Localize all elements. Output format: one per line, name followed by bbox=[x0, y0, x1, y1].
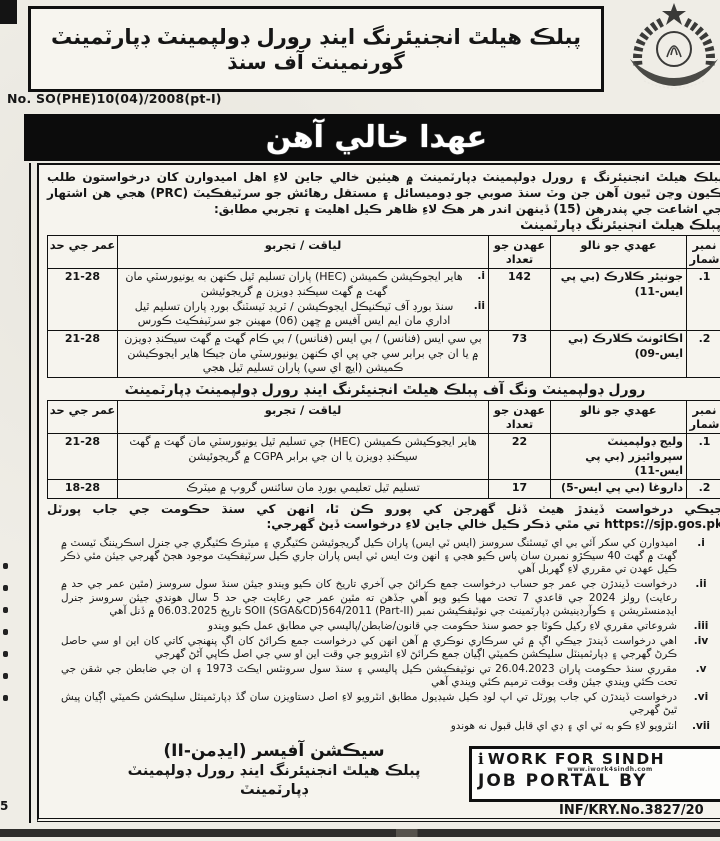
notes-list: i. اميدوارن کي سکر آئي بي اي ٽيسٽنگ سروس… bbox=[47, 537, 720, 733]
information-department-text: INFORMATION DEPARTMENT bbox=[478, 798, 655, 802]
note-text: شروعاتي مقرري لاءِ رکيل ڪوٽا جو حصو سنڌ … bbox=[61, 620, 677, 633]
note-number: iii. bbox=[689, 620, 713, 633]
note-item: vi. درخواست ڏيندڙن کي جاب پورٽل تي اپ لو… bbox=[61, 691, 713, 717]
age-limit: 21-28 bbox=[48, 269, 118, 331]
serial-number: 2. bbox=[687, 331, 720, 378]
col-serial: نمبر شمار bbox=[687, 401, 720, 434]
note-number: iv. bbox=[689, 635, 713, 661]
post-count: 142 bbox=[489, 269, 551, 331]
table-row: 1. جونيئر ڪلارڪ (بي پي ايس-11) 142 i. ها… bbox=[48, 269, 720, 331]
note-item: v. مقرري سنڌ حڪومت پاران 26.04.2023 تي ن… bbox=[61, 663, 713, 689]
scanned-job-advertisement: پبلڪ هيلٿ انجنيئرنگ اينڊ رورل ڊولپمينٽ ڊ… bbox=[0, 0, 720, 841]
post-name: وليج ڊولپمينٽ سپروائيزر (بي پي ايس-11) bbox=[551, 434, 687, 480]
qualification-cell: i. هاير ايجوڪيشن ڪميشن (HEC) پاران تسليم… bbox=[118, 269, 489, 331]
qual-item-text: هاير ايجوڪيشن ڪميشن (HEC) پاران تسليم ٿي… bbox=[121, 270, 467, 299]
note-text: درخواست ڏيندڙن جي عمر جو حساب درخواست جم… bbox=[61, 578, 677, 617]
serial-number: 2. bbox=[687, 480, 720, 498]
col-post: عهدي جو نالو bbox=[551, 401, 687, 434]
col-qualification: لياقت / تجربو bbox=[118, 236, 489, 269]
col-age: عمر جي حد bbox=[48, 236, 118, 269]
qual-item-number: ii. bbox=[472, 300, 485, 329]
table-header-row: نمبر شمار عهدي جو نالو عهدن جو تعداد ليا… bbox=[48, 401, 720, 434]
qual-item-text: هاير ايجوڪيشن ڪميشن (HEC) جي تسليم ٿيل ي… bbox=[121, 435, 485, 464]
post-count: 73 bbox=[489, 331, 551, 378]
section-1-title: پبلڪ هيلٿ انجنيئرنگ ڊپارٽمينٽ bbox=[47, 218, 720, 233]
post-name: اڪائونٽ ڪلارڪ (بي ايس-09) bbox=[551, 331, 687, 378]
inf-kry-number: INF/KRY.No.3827/20 bbox=[559, 803, 720, 818]
government-name: گورنمينٽ آف سنڌ bbox=[227, 50, 405, 74]
note-number: vi. bbox=[689, 691, 713, 717]
scan-artifact-dots bbox=[3, 563, 8, 701]
application-instructions: جيڪي درخواست ڏيندڙ هيٺ ڏنل گهرجن کي پورو… bbox=[47, 502, 720, 534]
sindh-government-emblem-icon bbox=[617, 1, 720, 103]
note-number: ii. bbox=[689, 578, 713, 617]
margin-page-number: 5 bbox=[0, 799, 8, 813]
note-number: i. bbox=[689, 537, 713, 576]
col-age: عمر جي حد bbox=[48, 401, 118, 434]
scan-artifact-rule bbox=[29, 163, 31, 823]
col-serial: نمبر شمار bbox=[687, 236, 720, 269]
qual-item-text: بي سي ايس (فنانس) / بي ايس (فنانس) / بي … bbox=[121, 332, 485, 375]
qual-item-text: تسليم ٿيل تعليمي بورڊ مان سائنس گروپ ۾ م… bbox=[121, 481, 485, 495]
vacancy-table-rural-dev: نمبر شمار عهدي جو نالو عهدن جو تعداد ليا… bbox=[47, 400, 720, 498]
age-limit: 21-28 bbox=[48, 331, 118, 378]
note-text: اميدوارن کي سکر آئي بي اي ٽيسٽنگ سروسز (… bbox=[61, 537, 677, 576]
banner-title: عهدا خالي آهن bbox=[266, 120, 487, 155]
serial-number: 1. bbox=[687, 269, 720, 331]
reference-number: No. SO(PHE)10(04)/2008(pt-I) bbox=[7, 91, 222, 106]
col-post: عهدي جو نالو bbox=[551, 236, 687, 269]
signature-department: پبلڪ هيلٿ انجنيئرنگ اينڊ رورل ڊولپمينٽ ڊ… bbox=[99, 762, 449, 800]
table-row: 1. وليج ڊولپمينٽ سپروائيزر (بي پي ايس-11… bbox=[48, 434, 720, 480]
department-name: پبلڪ هيلٿ انجنيئرنگ اينڊ رورل ڊولپمينٽ ڊ… bbox=[51, 24, 581, 50]
post-count: 17 bbox=[489, 480, 551, 498]
age-limit: 21-28 bbox=[48, 434, 118, 480]
note-text: انٽرويو لاءِ ڪو به ٽي اي ۽ ڊي اي قابل قب… bbox=[61, 720, 677, 733]
qual-item-number: i. bbox=[472, 270, 485, 299]
scan-artifact-bottom-band bbox=[0, 829, 720, 837]
post-count: 22 bbox=[489, 434, 551, 480]
col-count: عهدن جو تعداد bbox=[489, 236, 551, 269]
scan-artifact-corner bbox=[0, 0, 17, 24]
section-2-title: رورل ڊولپمينٽ ونگ آف پبلڪ هيلٿ انجنيئرنگ… bbox=[47, 382, 720, 398]
qualification-cell: هاير ايجوڪيشن ڪميشن (HEC) جي تسليم ٿيل ي… bbox=[118, 434, 489, 480]
department-header-box: پبلڪ هيلٿ انجنيئرنگ اينڊ رورل ڊولپمينٽ ڊ… bbox=[28, 6, 604, 92]
qual-item-text: سنڌ بورڊ آف ٽيڪنيڪل ايجوڪيشن / ٽريڊ ٽيسٽ… bbox=[121, 300, 467, 329]
col-count: عهدن جو تعداد bbox=[489, 401, 551, 434]
note-item: vii. انٽرويو لاءِ ڪو به ٽي اي ۽ ڊي اي قا… bbox=[61, 720, 713, 733]
note-number: vii. bbox=[689, 720, 713, 733]
post-name: داروغا (بي پي ايس-5) bbox=[551, 480, 687, 498]
job-portal-by-text: JOB PORTAL BY bbox=[478, 773, 720, 791]
qualification-cell: بي سي ايس (فنانس) / بي ايس (فنانس) / بي … bbox=[118, 331, 489, 378]
signature-title: سيڪشن آفيسر (ايڊمن-II) bbox=[99, 740, 449, 762]
qualification-cell: تسليم ٿيل تعليمي بورڊ مان سائنس گروپ ۾ م… bbox=[118, 480, 489, 498]
intro-paragraph: پبلڪ هيلٿ انجنيئرنگ ۽ رورل ڊولپمينٽ ڊپار… bbox=[47, 169, 720, 217]
note-text: اهي درخواست ڏيندڙ جيڪي اڳ ۾ ئي سرڪاري نو… bbox=[61, 635, 677, 661]
note-item: ii. درخواست ڏيندڙن جي عمر جو حساب درخواس… bbox=[61, 578, 713, 617]
col-qualification: لياقت / تجربو bbox=[118, 401, 489, 434]
table-row: 2. اڪائونٽ ڪلارڪ (بي ايس-09) 73 بي سي اي… bbox=[48, 331, 720, 378]
work-for-sindh-box: i WORK FOR SINDH www.iwork4sindh.com JOB… bbox=[469, 746, 720, 802]
table-row: 2. داروغا (بي پي ايس-5) 17 تسليم ٿيل تعل… bbox=[48, 480, 720, 498]
note-text: مقرري سنڌ حڪومت پاران 26.04.2023 تي نوٽي… bbox=[61, 663, 677, 689]
vacancy-table-phe: نمبر شمار عهدي جو نالو عهدن جو تعداد ليا… bbox=[47, 235, 720, 378]
age-limit: 18-28 bbox=[48, 480, 118, 498]
note-number: v. bbox=[689, 663, 713, 689]
advertisement-body: پبلڪ هيلٿ انجنيئرنگ ۽ رورل ڊولپمينٽ ڊپار… bbox=[37, 163, 720, 822]
serial-number: 1. bbox=[687, 434, 720, 480]
vacancy-banner: عهدا خالي آهن bbox=[24, 114, 720, 161]
signature-block: سيڪشن آفيسر (ايڊمن-II) پبلڪ هيلٿ انجنيئر… bbox=[99, 740, 449, 800]
note-item: i. اميدوارن کي سکر آئي بي اي ٽيسٽنگ سروس… bbox=[61, 537, 713, 576]
note-item: iv. اهي درخواست ڏيندڙ جيڪي اڳ ۾ ئي سرڪار… bbox=[61, 635, 713, 661]
note-item: iii. شروعاتي مقرري لاءِ رکيل ڪوٽا جو حصو… bbox=[61, 620, 713, 633]
note-text: درخواست ڏيندڙن کي جاب پورٽل تي اپ لوڊ ڪي… bbox=[61, 691, 677, 717]
info-icon: i bbox=[478, 750, 484, 768]
table-header-row: نمبر شمار عهدي جو نالو عهدن جو تعداد ليا… bbox=[48, 236, 720, 269]
post-name: جونيئر ڪلارڪ (بي پي ايس-11) bbox=[551, 269, 687, 331]
